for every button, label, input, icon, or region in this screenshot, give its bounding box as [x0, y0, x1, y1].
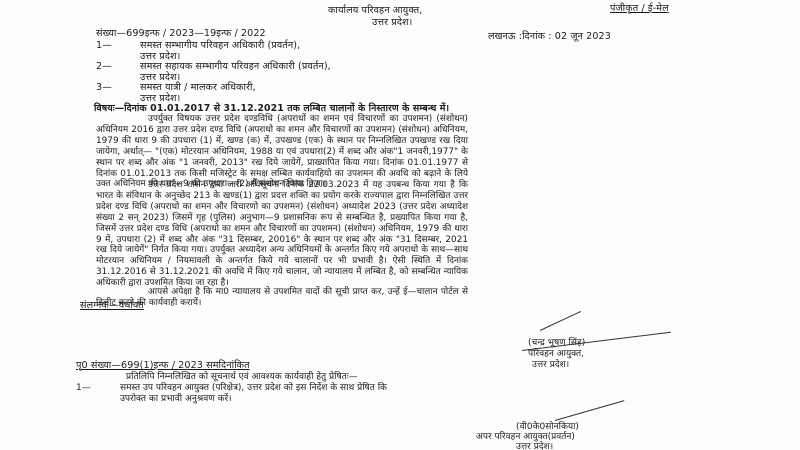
office-state: उत्तर प्रदेश। [372, 17, 412, 28]
office-name: कार्यालय परिवहन आयुक्त, [328, 5, 422, 16]
body-paragraph-2: उत्तर प्रदेश शासन द्वारा जारी अधिसूचना द… [96, 180, 468, 289]
copy-item-number: 1— [76, 383, 91, 394]
copy-intro: प्रतिलिपि निम्नलिखित को सूचनार्थ एवं आवश… [126, 372, 358, 383]
recipient-line: समस्त यात्री / मालकर अधिकारी, [140, 82, 256, 93]
subject-line: विषयः—दिनांक 01.01.2017 से 31.12.2021 तक… [94, 103, 449, 114]
signatory-2-designation: अपर परिवहन आयुक्त(प्रवर्तन) [476, 432, 575, 443]
recipient-number: 3— [96, 82, 112, 93]
signatory-2-state: उत्तर प्रदेश। [516, 442, 553, 450]
registered-email-mark: पंजीकृत / ई-मेल [610, 3, 669, 14]
signatory-1-state: उत्तर प्रदेश। [532, 360, 569, 371]
place-date: लखनऊ :दिनांक : 02 जून 2023 [488, 31, 611, 42]
copy-reference-number: पृ0 संख्या—699(1)इन्फ / 2023 समदिनांकित [76, 360, 250, 371]
signatory-1-designation: परिवहन आयुक्त, [528, 349, 584, 360]
recipient-number: 1— [96, 40, 112, 51]
signatory-2-name: (वी0के0सोनकिया) [516, 422, 579, 433]
recipient-line: समस्त सहायक सम्भागीय परिवहन अधिकारी (प्र… [140, 61, 331, 72]
copy-item-line: समस्त उप परिवहन आयुक्त (परिक्षेत्र), उत्… [120, 383, 387, 394]
signature-mark [540, 311, 581, 331]
recipient-number: 2— [96, 61, 112, 72]
copy-item-line: उपरोक्त का प्रभावी अनुश्रवण करें। [120, 394, 232, 405]
signatory-1-name: (चन्द्र भूषण सिंह) [528, 338, 585, 349]
government-letter: कार्यालय परिवहन आयुक्त, उत्तर प्रदेश। पं… [0, 0, 800, 450]
enclosure-note: संलग्नक—यथोक्त [80, 300, 144, 311]
signature-stroke [555, 400, 624, 421]
letter-number: संख्या—699इन्फ / 2023—19इन्फ / 2022 [96, 28, 266, 39]
body-paragraph-3: आपसे अपेक्षा है कि मा0 न्यायालय से उपशमि… [96, 287, 468, 309]
recipient-line: समस्त सम्भागीय परिवहन अधिकारी (प्रवर्तन)… [140, 40, 300, 51]
body-paragraph-1: उपर्युक्त विषयक उत्तर प्रदेश दण्डविधि (अ… [96, 114, 468, 190]
